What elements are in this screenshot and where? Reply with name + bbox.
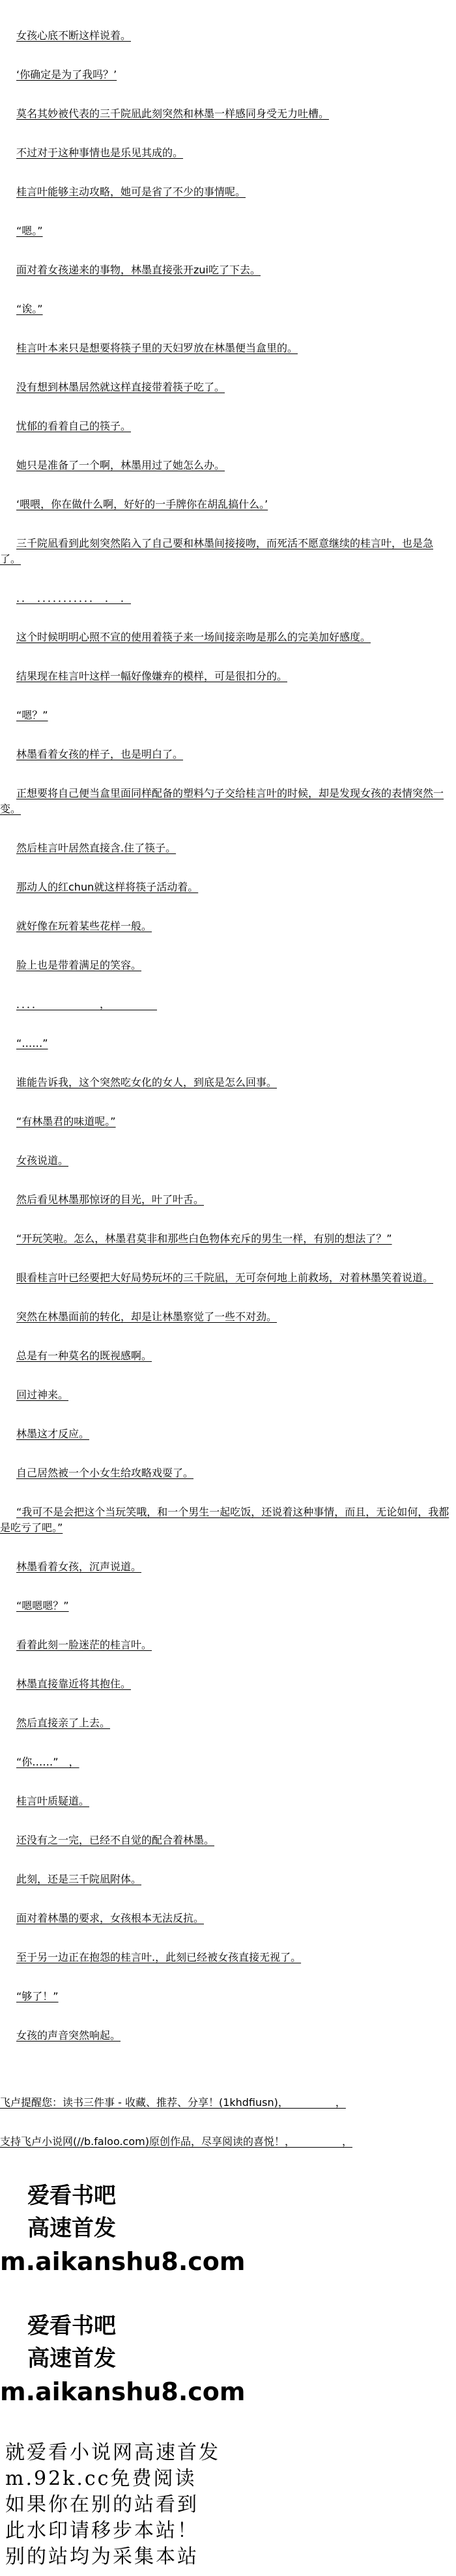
novel-paragraph: 桂言叶本来只是想要将筷子里的天妇罗放在林墨便当盒里的。 [0,340,451,356]
novel-paragraph: 林墨直接靠近将其抱住。 [0,1676,451,1692]
watermark-line: 别的站均为采集本站 [5,2544,456,2570]
novel-paragraph: 总是有一种莫名的既视感啊。 [0,1348,451,1364]
novel-paragraph: 脸上也是带着满足的笑容。 [0,958,451,973]
novel-paragraph: “开玩笑啦。怎么，林墨君莫非和那些白色物体充斥的男生一样，有别的想法了？” [0,1231,451,1247]
novel-paragraph: 谁能告诉我，这个突然吃女化的女人，到底是怎么回事。 [0,1075,451,1090]
novel-paragraph: 林墨看着女孩的样子，也是明白了。 [0,747,451,762]
promo-site-name: 爱看书吧 [0,2180,456,2212]
novel-paragraph: 然后直接亲了上去。 [0,1715,451,1731]
novel-paragraph: 没有想到林墨居然就这样直接带着筷子吃了。 [0,380,451,395]
faloo-notice-line: 飞卢提醒您：读书三件事 - 收藏、推荐、分享！(1khdfiusn)， ， [0,2095,451,2111]
novel-paragraph: “嗯。” [0,223,451,239]
promo-block: 爱看书吧 高速首发 m.aikanshu8.com [0,2310,456,2409]
novel-paragraph: “诶。” [0,301,451,317]
novel-paragraph: ‘你确定是为了我吗？’ [0,67,451,83]
promo-blocks: 爱看书吧 高速首发 m.aikanshu8.com 爱看书吧 高速首发 m.ai… [0,2180,456,2409]
novel-paragraph: 桂言叶能够主动攻略，她可是省了不少的事情呢。 [0,184,451,200]
novel-paragraph: 眼看桂言叶已经要把大好局势玩坏的三千院凪，无可奈何地上前救场，对着林墨笑着说道。 [0,1270,451,1286]
novel-paragraph: 女孩说道。 [0,1153,451,1169]
novel-reader-page: { "page": { "background": "#ffffff", "te… [0,0,456,2576]
promo-domain: m.aikanshu8.com [0,2245,456,2278]
promo-domain: m.aikanshu8.com [0,2375,456,2409]
novel-paragraph: 林墨看着女孩，沉声说道。 [0,1559,451,1575]
novel-paragraph: 那动人的红chun就这样将筷子活动着。 [0,879,451,895]
novel-paragraph: “……” [0,1036,451,1051]
novel-paragraph: 这个时候明明心照不宣的使用着筷子来一场间接亲吻是那么的完美加好感度。 [0,630,451,645]
novel-paragraph: ．．．． ， [0,997,451,1012]
novel-paragraph: 还没有之一完，已经不自觉的配合着林墨。 [0,1833,451,1848]
novel-paragraph: 然后看见林墨那惊讶的目光，叶了叶舌。 [0,1192,451,1208]
novel-paragraph: “嗯嗯嗯？” [0,1598,451,1614]
novel-paragraph: 至于另一边正在抱怨的桂言叶.，此刻已经被女孩直接无视了。 [0,1950,451,1965]
promo-tagline: 高速首发 [0,2342,456,2375]
novel-paragraph: 面对着林墨的要求，女孩根本无法反抗。 [0,1911,451,1926]
novel-paragraph: ．． ．．．．．．．．．．． ． ． [0,590,451,606]
novel-paragraph: 女孩的声音突然响起。 [0,2028,451,2043]
promo-tagline: 高速首发 [0,2212,456,2245]
watermark-line: 就爱看小说网高速首发 [5,2440,456,2466]
novel-text: 女孩心底不断这样说着。 ‘你确定是为了我吗？’ 莫名其妙被代表的三千院凪此刻突然… [0,0,456,2043]
novel-paragraph: 看着此刻一脸迷茫的桂言叶。 [0,1637,451,1653]
promo-block: 爱看书吧 高速首发 m.aikanshu8.com [0,2180,456,2278]
novel-paragraph: 面对着女孩递来的事物，林墨直接张开zui吃了下去。 [0,262,451,278]
novel-paragraph: “够了！” [0,1989,451,2004]
novel-paragraph: 结果现在桂言叶这样一幅好像嫌弃的模样，可是很扣分的。 [0,669,451,684]
novel-paragraph: 回过神来。 [0,1387,451,1403]
novel-paragraph: “你……” ， [0,1754,451,1770]
faloo-notice-line: 支持飞卢小说网(//b.faloo.com)原创作品，尽享阅读的喜悦！， ， [0,2134,451,2150]
novel-paragraph: “有林墨君的味道呢。” [0,1114,451,1129]
novel-paragraph: 女孩心底不断这样说着。 [0,28,451,44]
novel-paragraph: 忧郁的看着自己的筷子。 [0,419,451,434]
novel-paragraph: 三千院凪看到此刻突然陷入了自己要和林墨间接接吻，而死活不愿意继续的桂言叶，也是急… [0,536,451,567]
promo-site-name: 爱看书吧 [0,2310,456,2342]
novel-paragraph: 此刻，还是三千院凪附体。 [0,1872,451,1887]
novel-paragraph: 突然在林墨面前的转化，却是让林墨察觉了一些不对劲。 [0,1309,451,1325]
novel-paragraph: “我可不是会把这个当玩笑哦，和一个男生一起吃饭，还说着这种事情，而且，无论如何，… [0,1504,451,1536]
faloo-notice: 飞卢提醒您：读书三件事 - 收藏、推荐、分享！(1khdfiusn)， ， 支持… [0,2067,456,2150]
novel-paragraph: 然后桂言叶居然直接含.住了筷子。 [0,840,451,856]
novel-paragraph: ‘喂喂，你在做什么啊，好好的一手牌你在胡乱搞什么。’ [0,497,451,512]
watermark-block: 就爱看小说网高速首发 m.92k.cc免费阅读 如果你在别的站看到 此水印请移步… [0,2440,456,2570]
novel-paragraph: “嗯？” [0,708,451,723]
watermark-line: 如果你在别的站看到 [5,2492,456,2518]
novel-paragraph: 自己居然被一个小女生给攻略戏耍了。 [0,1465,451,1481]
novel-paragraph: 林墨这才反应。 [0,1426,451,1442]
novel-paragraph: 桂言叶质疑道。 [0,1794,451,1809]
novel-paragraph: 她只是准备了一个啊，林墨用过了她怎么办。 [0,458,451,473]
watermark-line: m.92k.cc免费阅读 [5,2466,456,2492]
novel-paragraph: 正想要将自己便当盒里面同样配备的塑料勺子交给桂言叶的时候，却是发现女孩的表情突然… [0,786,451,817]
watermark-line: 此水印请移步本站！ [5,2518,456,2544]
novel-paragraph: 就好像在玩着某些花样一般。 [0,919,451,934]
novel-paragraph: 莫名其妙被代表的三千院凪此刻突然和林墨一样感同身受无力吐槽。 [0,106,451,122]
novel-paragraph: 不过对于这种事情也是乐见其成的。 [0,145,451,161]
